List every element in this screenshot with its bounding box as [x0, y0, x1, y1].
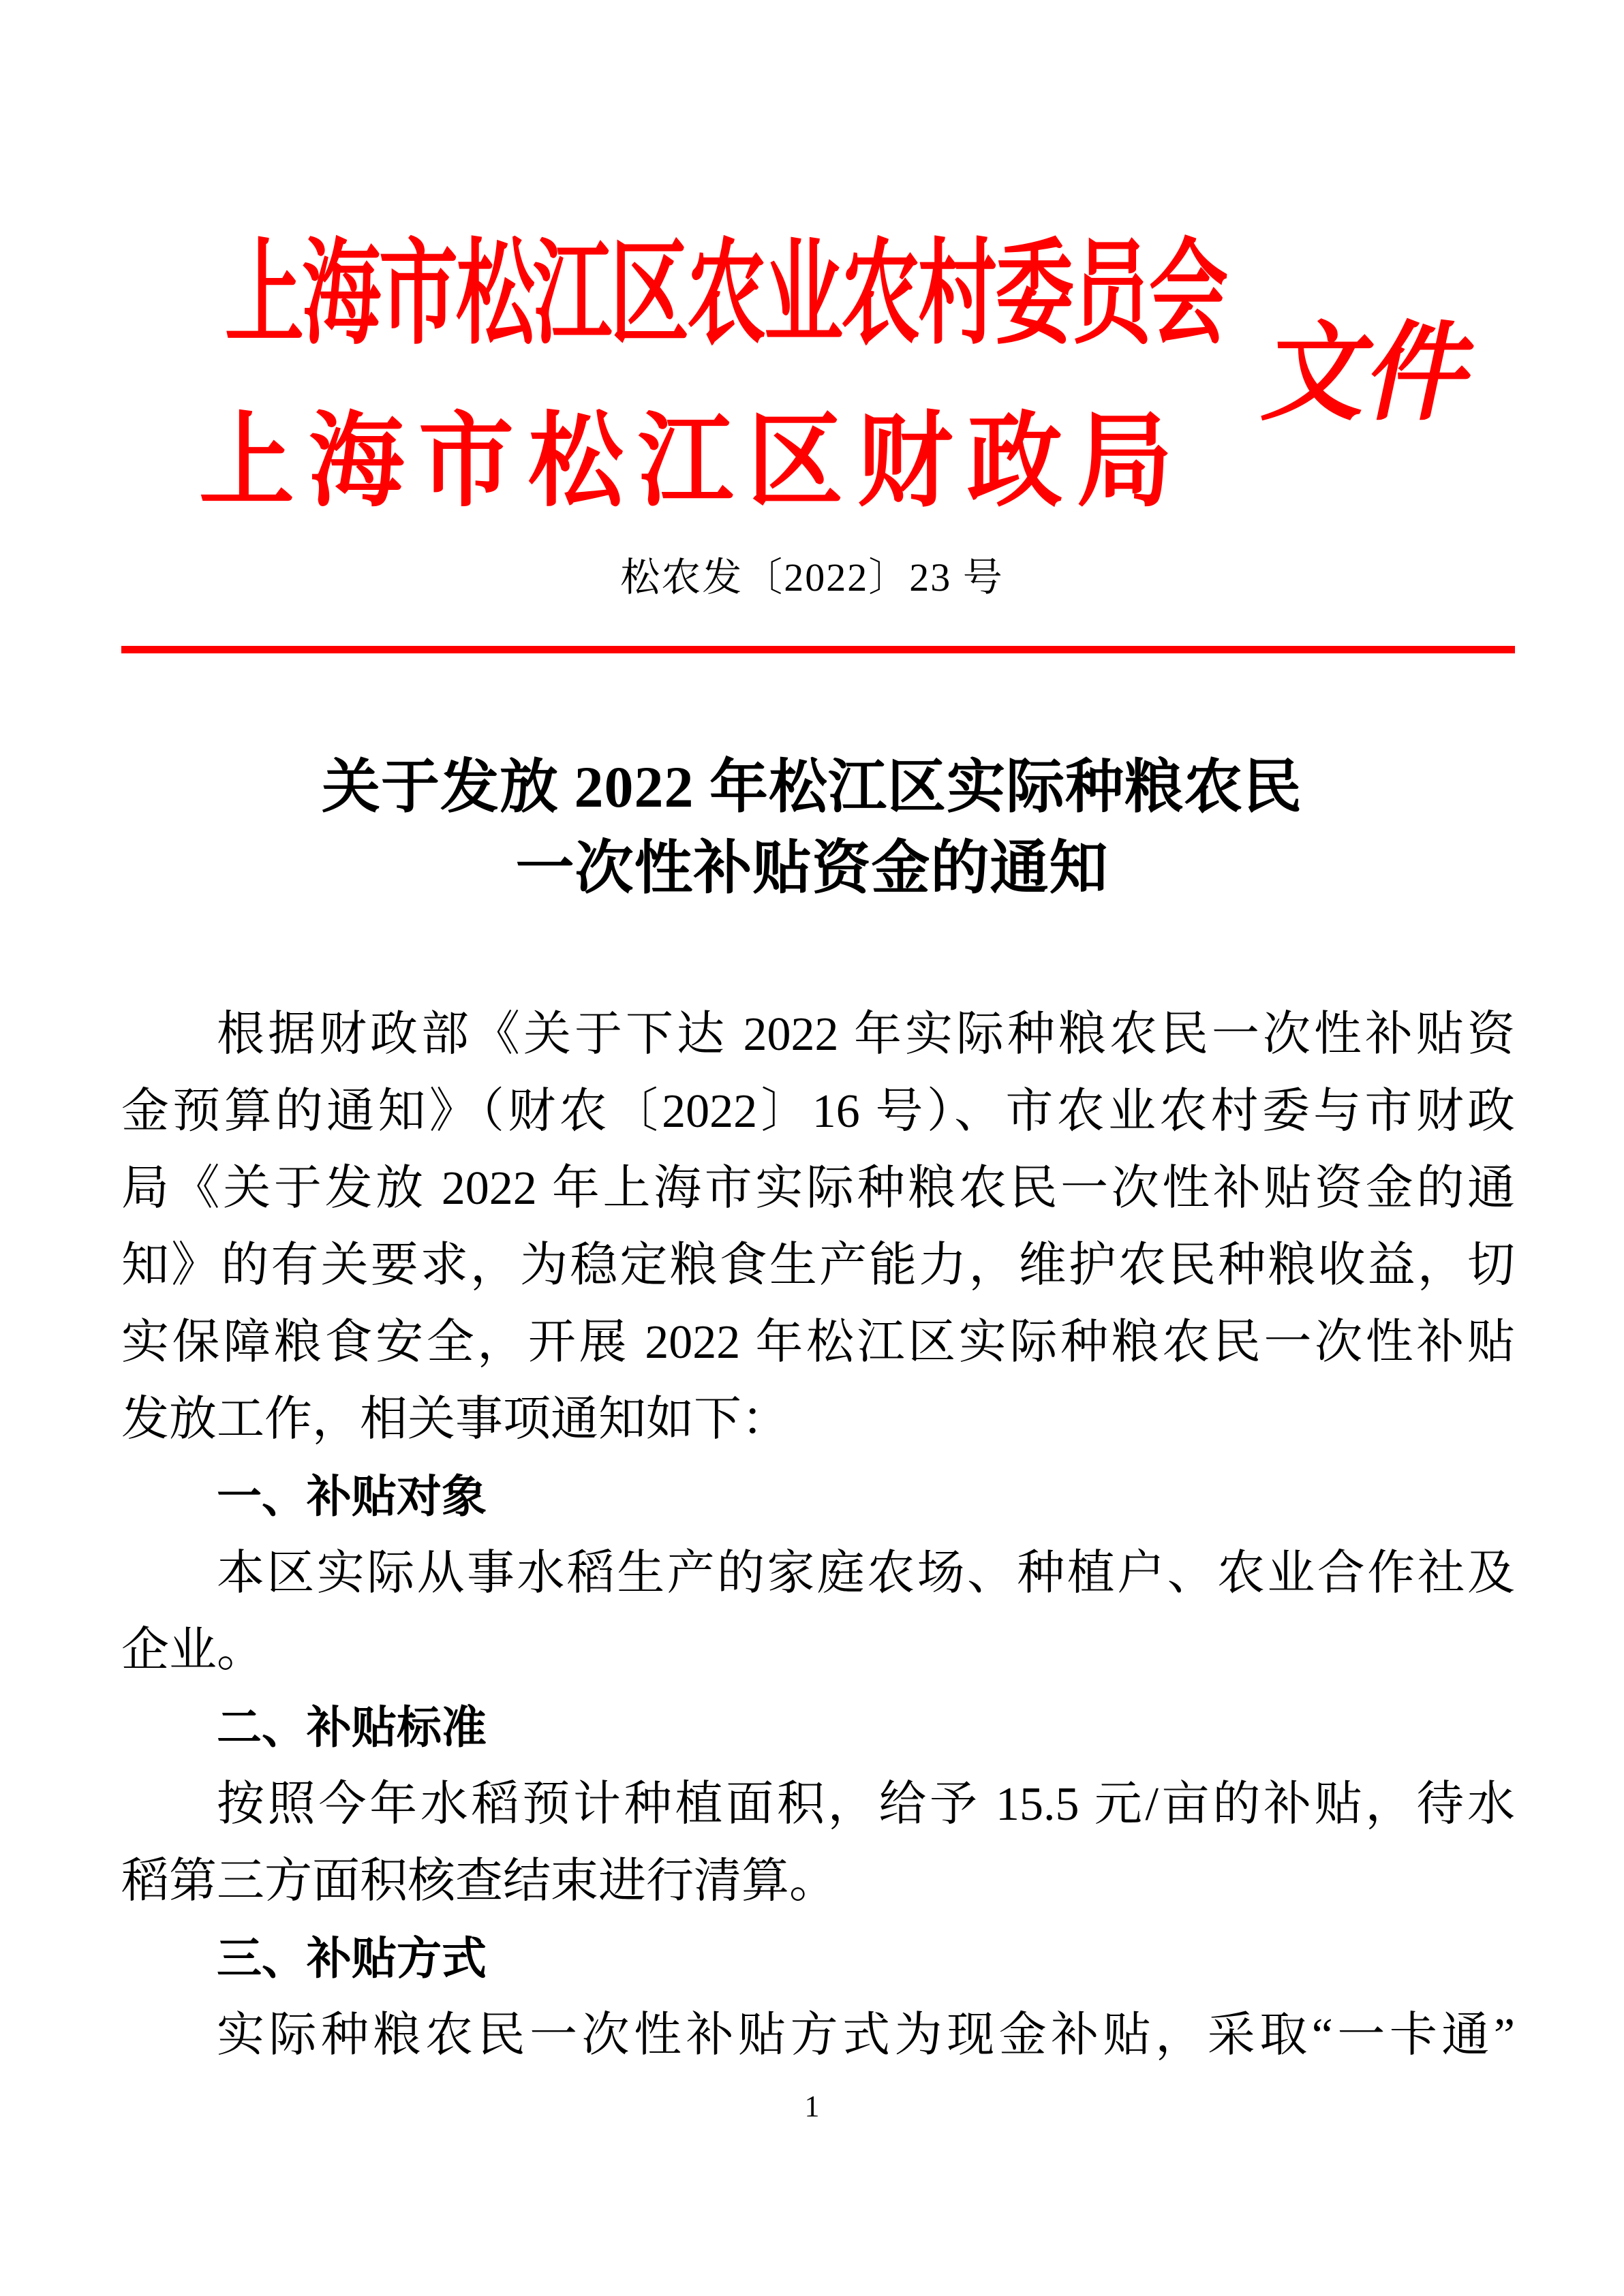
- page-number-value: 1: [805, 2090, 820, 2123]
- body-line: 实际种粮农民一次性补贴方式为现金补贴，采取“一卡通”: [121, 1997, 1515, 2074]
- body-line: 本区实际从事水稻生产的家庭农场、种植户、农业合作社及: [121, 1535, 1515, 1612]
- body-line: 金预算的通知》（财农〔2022〕16 号）、市农业农村委与市财政: [121, 1073, 1515, 1150]
- section-heading-subsidy-standard: 二、补贴标准: [121, 1689, 1515, 1766]
- body-line: 局《关于发放 2022 年上海市实际种粮农民一次性补贴资金的通: [121, 1150, 1515, 1227]
- document-title-line1: 关于发放 2022 年松江区实际种粮农民: [0, 747, 1624, 828]
- doc-type-label: 文件: [1254, 286, 1491, 441]
- agency-name-secondary: 上海市松江区财政局: [199, 379, 1186, 527]
- body-line: 实保障粮食安全，开展 2022 年松江区实际种粮农民一次性补贴: [121, 1304, 1515, 1381]
- document-page: 上海市松江区农业农村委员会 文件 上海市松江区财政局 松农发〔2022〕23 号…: [0, 0, 1624, 2296]
- document-title-line2: 一次性补贴资金的通知: [0, 828, 1624, 909]
- agency-name-primary: 上海市松江区农业农村委员会: [225, 202, 1226, 367]
- document-body: 根据财政部《关于下达 2022 年实际种粮农民一次性补贴资 金预算的通知》（财农…: [121, 996, 1515, 2074]
- section-heading-subsidy-method: 三、补贴方式: [121, 1920, 1515, 1997]
- document-number: 松农发〔2022〕23 号: [0, 545, 1624, 602]
- body-line: 知》的有关要求，为稳定粮食生产能力，维护农民种粮收益，切: [121, 1227, 1515, 1304]
- body-line: 稻第三方面积核查结束进行清算。: [121, 1843, 1515, 1920]
- header-divider-rule: [121, 646, 1515, 653]
- body-line: 发放工作，相关事项通知如下：: [121, 1381, 1515, 1458]
- section-heading-subsidy-target: 一、补贴对象: [121, 1458, 1515, 1535]
- page-number: 1: [0, 2089, 1624, 2124]
- document-title: 关于发放 2022 年松江区实际种粮农民 一次性补贴资金的通知: [0, 747, 1624, 909]
- body-line: 根据财政部《关于下达 2022 年实际种粮农民一次性补贴资: [121, 996, 1515, 1073]
- body-line: 按照今年水稻预计种植面积，给予 15.5 元/亩的补贴，待水: [121, 1766, 1515, 1843]
- body-line: 企业。: [121, 1612, 1515, 1689]
